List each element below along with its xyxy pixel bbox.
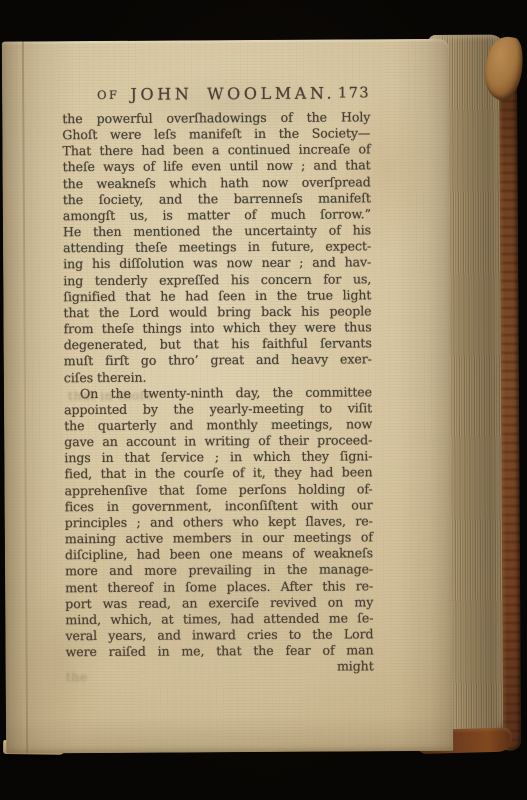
text-line: appointed by the yearly-meeting to viſit: [64, 400, 372, 418]
photo-background: that in thoſethe OFJOHN WOOLMAN. 173 the…: [0, 0, 527, 800]
text-line: mind, which, at times, had attended me ſ…: [65, 610, 373, 628]
header-title: JOHN WOOLMAN.: [130, 84, 335, 104]
book-page: that in thoſethe OFJOHN WOOLMAN. 173 the…: [2, 39, 453, 754]
text-line: gave an account in writing of their proc…: [64, 432, 372, 450]
catchword: might: [66, 659, 374, 677]
gutter-crease: [22, 41, 28, 753]
text-line: port was read, an exerciſe revived on my: [65, 594, 373, 612]
text-line: amongſt us, is matter of much ſorrow.”: [63, 206, 371, 224]
text-line: He then mentioned the uncertainty of his: [63, 222, 371, 240]
text-line: the quarterly and monthly meetings, now: [64, 416, 372, 434]
text-line: ciſes therein.: [64, 368, 372, 386]
running-header: OFJOHN WOOLMAN. 173: [62, 83, 370, 107]
text-line: that the Lord would bring back his peopl…: [63, 303, 371, 321]
text-line: That there had been a continued increaſe…: [62, 142, 370, 160]
text-line: principles ; and others who kept ſlaves,…: [65, 513, 373, 531]
header-prefix: OF: [97, 88, 120, 102]
text-line: apprehenſive that ſome perſons holding o…: [65, 481, 373, 499]
text-line: ings in that ſervice ; in which they ſig…: [64, 449, 372, 467]
text-line: were raiſed in me, that the fear of man: [66, 642, 374, 660]
text-line: fied, that in the courſe of it, they had…: [64, 465, 372, 483]
page-text-block: the powerful overſhadowings of the HolyG…: [62, 109, 373, 676]
text-line: On the twenty-ninth day, the committee: [64, 384, 372, 402]
text-line: the ſociety, and the barrenneſs manifeſt: [63, 190, 371, 208]
book-cover-edge: [499, 46, 521, 750]
text-line: more and more prevailing in the manage-: [65, 562, 373, 580]
text-line: diſcipline, had been one means of weakne…: [65, 546, 373, 564]
text-line: theſe ways of life even until now ; and …: [63, 158, 371, 176]
text-line: maining active members in our meetings o…: [65, 529, 373, 547]
text-line: muſt firſt go thro’ great and heavy exer…: [64, 352, 372, 370]
text-line: ing his diſſolution was now near ; and h…: [63, 255, 371, 273]
text-line: ment thereof in ſome places. After this …: [65, 578, 373, 596]
text-line: ſignified that he had ſeen in the true l…: [63, 287, 371, 305]
text-line: veral years, and inward cries to the Lor…: [65, 626, 373, 644]
text-line: from theſe things into which they were t…: [64, 319, 372, 337]
text-line: ing tenderly expreſſed his concern for u…: [63, 271, 371, 289]
text-line: attending theſe meetings in future, expe…: [63, 239, 371, 257]
text-line: fices in government, inconſiſtent with o…: [65, 497, 373, 515]
text-line: the weakneſs which hath now overſpread: [63, 174, 371, 192]
text-line: degenerated, but that his faithful ſerva…: [64, 336, 372, 354]
page-number: 173: [338, 85, 370, 101]
book: that in thoſethe OFJOHN WOOLMAN. 173 the…: [2, 34, 522, 759]
text-line: the powerful overſhadowings of the Holy: [62, 109, 370, 127]
text-line: Ghoſt were leſs manifeſt in the Society—: [62, 125, 370, 143]
